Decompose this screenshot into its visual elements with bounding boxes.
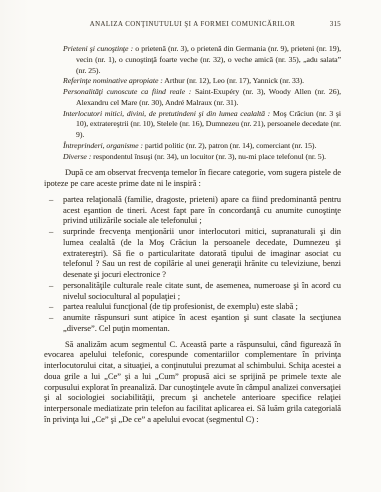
page-number: 315 (330, 21, 341, 28)
hypothesis-text: partea relaţională (familie, dragoste, p… (63, 194, 341, 226)
category-label: Referinţe nominative apropiate : (63, 76, 163, 85)
dash-marker: – (49, 194, 53, 205)
category-text: Arthur (nr. 12), Leo (nr. 17), Yannick (… (164, 76, 304, 85)
hypothesis-text: partea realului funcţional (de tip profe… (63, 301, 298, 311)
dash-marker: – (49, 312, 53, 323)
hypothesis-text: surprinde frecvenţa menţionării unor int… (63, 226, 341, 279)
book-page: ANALIZA CONŢINUTULUI ŞI A FORMEI COMUNIC… (0, 0, 381, 492)
category-label: Interlocutori mitici, divini, de pretuti… (63, 109, 270, 118)
hypothesis-item: –anumite răspunsuri sunt atipice în aces… (44, 312, 341, 334)
category-text: respondentul însuşi (nr. 34), un locuito… (93, 152, 326, 161)
category-entry: Interlocutori mitici, divini, de pretuti… (63, 109, 341, 141)
hypothesis-item: –partea realului funcţional (de tip prof… (44, 301, 341, 312)
running-head-title: ANALIZA CONŢINUTULUI ŞI A FORMEI COMUNIC… (90, 21, 296, 28)
page-header: ANALIZA CONŢINUTULUI ŞI A FORMEI COMUNIC… (44, 21, 341, 31)
category-label: Personalităţi cunoscute ca fiind reale : (63, 87, 191, 96)
closing-paragraph: Să analizăm acum segmentul C. Această pa… (44, 339, 341, 425)
category-entry: Prieteni şi cunoştinţe : o prietenă (nr.… (63, 44, 341, 76)
category-list: Prieteni şi cunoştinţe : o prietenă (nr.… (44, 44, 341, 162)
category-label: Prieteni şi cunoştinţe : (63, 44, 133, 53)
hypothesis-text: personalităţile culturale reale citate s… (63, 280, 341, 301)
category-entry: Referinţe nominative apropiate : Arthur … (63, 76, 341, 87)
hypothesis-text: anumite răspunsuri sunt atipice în acest… (63, 312, 341, 333)
hypothesis-item: –surprinde frecvenţa menţionării unor in… (44, 226, 341, 280)
category-entry: Întreprinderi, organisme : partid politi… (63, 141, 341, 152)
category-text: partid politic (nr. 2), patron (nr. 14),… (145, 141, 317, 150)
category-label: Diverse : (63, 152, 91, 161)
hypotheses-list: –partea relaţională (familie, dragoste, … (44, 194, 341, 334)
hypothesis-item: –personalităţile culturale reale citate … (44, 280, 341, 302)
category-entry: Personalităţi cunoscute ca fiind reale :… (63, 87, 341, 109)
dash-marker: – (49, 301, 53, 312)
category-label: Întreprinderi, organisme : (63, 141, 143, 150)
dash-marker: – (49, 226, 53, 237)
hypothesis-item: –partea relaţională (familie, dragoste, … (44, 194, 341, 226)
intro-paragraph: După ce am observat frecvenţa temelor în… (44, 167, 341, 189)
category-entry: Diverse : respondentul însuşi (nr. 34), … (63, 152, 341, 163)
dash-marker: – (49, 280, 53, 291)
